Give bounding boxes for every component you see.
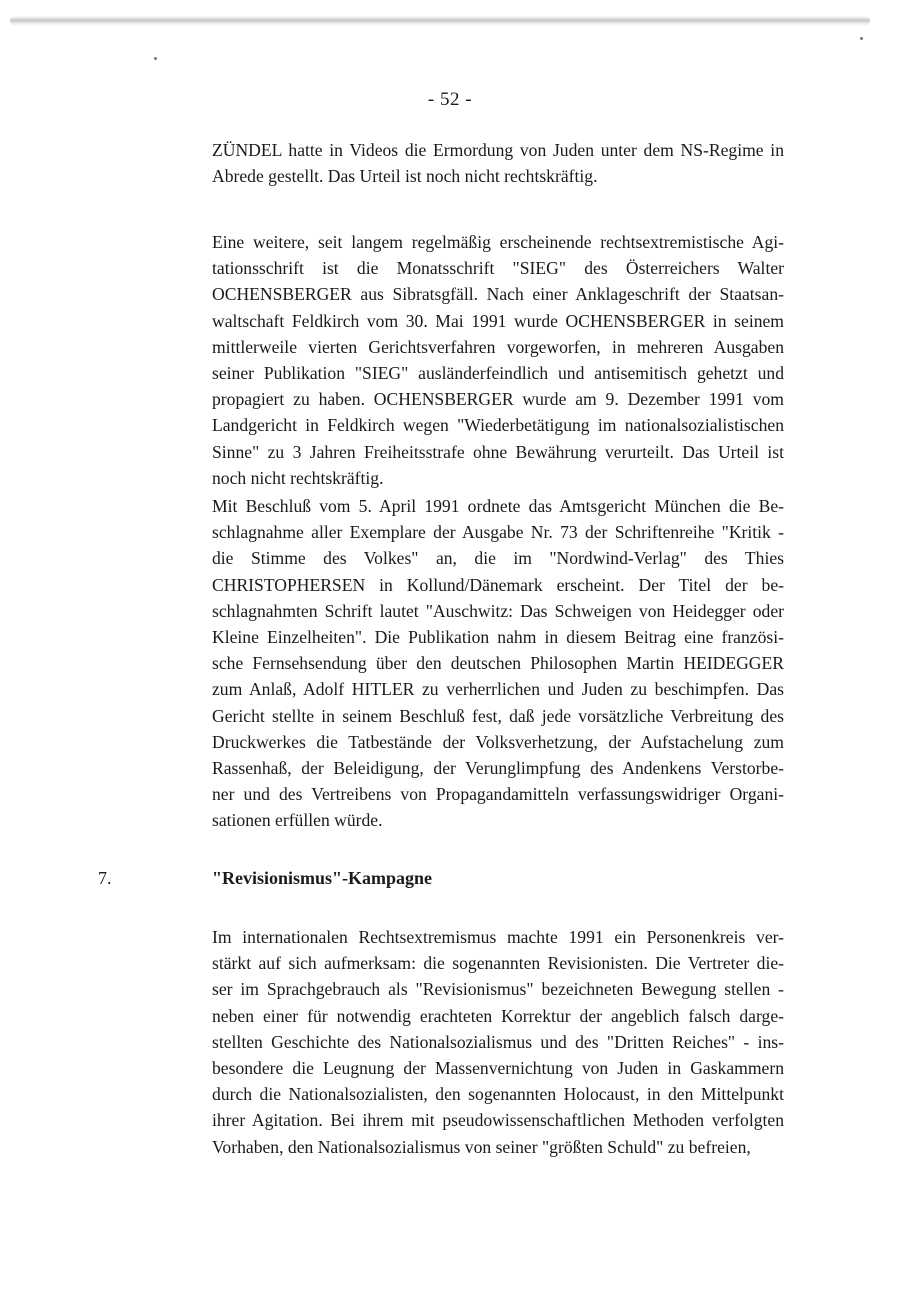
- paragraph-zuendel: ZÜNDEL hatte in Videos die Ermordung von…: [212, 137, 784, 189]
- text-line: seiner Publikation "SIEG" ausländerfeind…: [212, 360, 784, 386]
- text-line: sationen erfüllen würde.: [212, 807, 784, 833]
- text-line: zum Anlaß, Adolf HITLER zu verherrlichen…: [212, 676, 784, 702]
- paragraph-ochensberger: Eine weitere, seit langem regelmäßig ers…: [212, 229, 784, 491]
- text-line: ner und des Vertreibens von Propagandami…: [212, 781, 784, 807]
- text-line: Mit Beschluß vom 5. April 1991 ordnete d…: [212, 493, 784, 519]
- text-line: noch nicht rechtskräftig.: [212, 465, 784, 491]
- paragraph-lines: Eine weitere, seit langem regelmäßig ers…: [212, 229, 784, 491]
- text-line: sche Fernsehsendung über den deutschen P…: [212, 650, 784, 676]
- text-line: Gericht stellte in seinem Beschluß fest,…: [212, 703, 784, 729]
- section-title: "Revisionismus"-Kampagne: [212, 868, 432, 889]
- text-line: propagiert zu haben. OCHENSBERGER wurde …: [212, 386, 784, 412]
- paragraph-lines: Mit Beschluß vom 5. April 1991 ordnete d…: [212, 493, 784, 834]
- text-line: CHRISTOPHERSEN in Kollund/Dänemark ersch…: [212, 572, 784, 598]
- text-line: Sinne" zu 3 Jahren Freiheitsstrafe ohne …: [212, 439, 784, 465]
- text-line: OCHENSBERGER aus Sibratsgfäll. Nach eine…: [212, 281, 784, 307]
- text-line: die Stimme des Volkes" an, die im "Nordw…: [212, 545, 784, 571]
- text-line: Rassenhaß, der Beleidigung, der Verungli…: [212, 755, 784, 781]
- text-line: ihrer Agitation. Bei ihrem mit pseudowis…: [212, 1107, 784, 1133]
- text-line: Im internationalen Rechtsextremismus mac…: [212, 924, 784, 950]
- text-line: durch die Nationalsozialisten, den sogen…: [212, 1081, 784, 1107]
- text-line: Kleine Einzelheiten". Die Publikation na…: [212, 624, 784, 650]
- text-line: ser im Sprachgebrauch als "Revisionismus…: [212, 976, 784, 1002]
- paragraph-revisionismus: Im internationalen Rechtsextremismus mac…: [212, 924, 784, 1160]
- text-line: Abrede gestellt. Das Urteil ist noch nic…: [212, 163, 784, 189]
- text-line: mittlerweile vierten Gerichtsverfahren v…: [212, 334, 784, 360]
- scan-speck: [154, 57, 157, 60]
- scan-edge-artifact: [10, 16, 870, 26]
- text-line: schlagnahmten Schrift lautet "Auschwitz:…: [212, 598, 784, 624]
- text-line: stärkt auf sich aufmerksam: die sogenann…: [212, 950, 784, 976]
- paragraph-lines: Im internationalen Rechtsextremismus mac…: [212, 924, 784, 1160]
- text-line: ZÜNDEL hatte in Videos die Ermordung von…: [212, 137, 784, 163]
- text-line: waltschaft Feldkirch vom 30. Mai 1991 wu…: [212, 308, 784, 334]
- text-line: Vorhaben, den Nationalsozialismus von se…: [212, 1134, 784, 1160]
- text-line: stellten Geschichte des Nationalsozialis…: [212, 1029, 784, 1055]
- paragraph-lines: ZÜNDEL hatte in Videos die Ermordung von…: [212, 137, 784, 189]
- text-line: schlagnahme aller Exemplare der Ausgabe …: [212, 519, 784, 545]
- text-line: besondere die Leugnung der Massenvernich…: [212, 1055, 784, 1081]
- text-line: tationsschrift ist die Monatsschrift "SI…: [212, 255, 784, 281]
- page-number: - 52 -: [0, 89, 900, 111]
- text-line: Druckwerkes die Tatbestände der Volksver…: [212, 729, 784, 755]
- text-line: Eine weitere, seit langem regelmäßig ers…: [212, 229, 784, 255]
- text-line: Landgericht in Feldkirch wegen "Wiederbe…: [212, 412, 784, 438]
- text-line: neben einer für notwendig erachteten Kor…: [212, 1003, 784, 1029]
- scan-speck: [860, 37, 863, 40]
- paragraph-beschluss: Mit Beschluß vom 5. April 1991 ordnete d…: [212, 493, 784, 834]
- section-number: 7.: [98, 868, 112, 889]
